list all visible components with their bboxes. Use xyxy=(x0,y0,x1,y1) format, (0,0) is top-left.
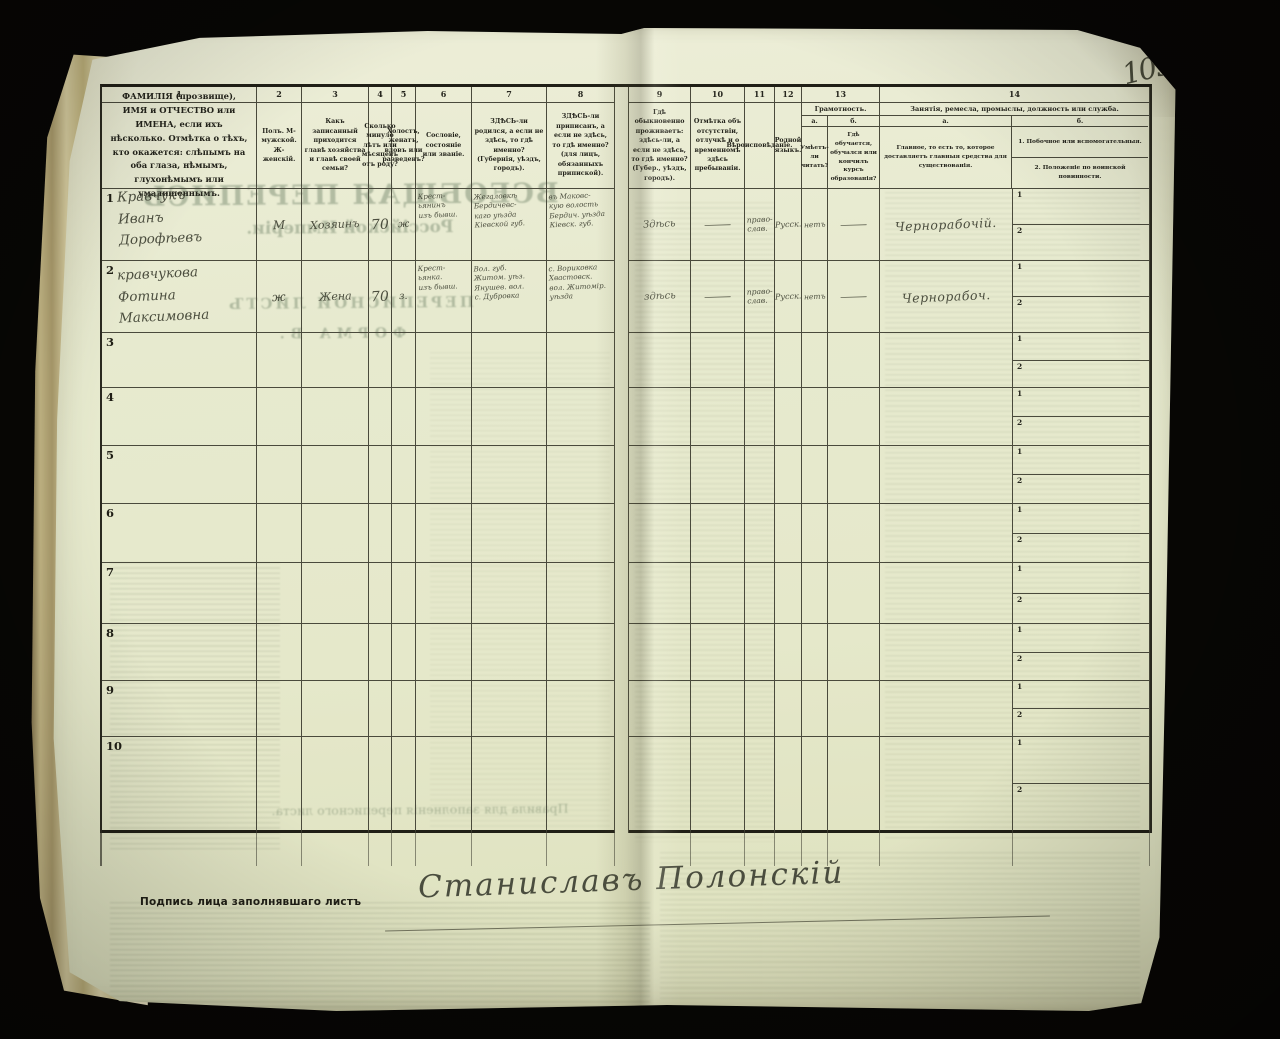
column-number: 6 xyxy=(416,87,472,103)
handwritten-entry: ж xyxy=(272,289,286,304)
empty-cell xyxy=(691,737,745,833)
handwritten-dash: — xyxy=(838,290,869,304)
name-cell: 10 xyxy=(102,737,257,833)
sub-row-label: 1 xyxy=(1017,190,1022,199)
empty-cell xyxy=(828,681,880,737)
relation-cell: Хозяинъ xyxy=(302,189,369,261)
marital-cell: з. xyxy=(392,261,416,333)
language-cell: Русск. xyxy=(775,189,802,261)
sub-row-label: 1 xyxy=(1017,505,1022,514)
occupation-a-label: а. xyxy=(880,116,1011,127)
empty-cell xyxy=(257,563,302,624)
occupation-side-cell: 12 xyxy=(1013,388,1150,446)
empty-cell xyxy=(392,681,416,737)
sub-row-label: 2 xyxy=(1017,362,1022,371)
empty-cell xyxy=(369,681,392,737)
empty-cell xyxy=(802,333,828,388)
sub-row-label: 2 xyxy=(1017,418,1022,427)
handwritten-entry: право- слав. xyxy=(746,287,773,306)
name-cell: 7 xyxy=(102,563,257,624)
column-number: 4 xyxy=(369,87,392,103)
literacy-title: Грамотность. xyxy=(802,103,879,116)
handwritten-name: Кравчукъ Иванъ Дорофѣевъ xyxy=(101,180,258,253)
line-extension xyxy=(1013,830,1150,866)
column-number: 3 xyxy=(302,87,369,103)
education-cell: — xyxy=(828,261,880,333)
empty-cell xyxy=(691,388,745,446)
occupation-side-cell: 12 xyxy=(1013,681,1150,737)
empty-cell xyxy=(880,737,1013,833)
handwritten-entry: з. xyxy=(399,291,408,302)
empty-cell xyxy=(880,333,1013,388)
empty-cell xyxy=(302,446,369,504)
line-extension xyxy=(416,830,472,866)
absence-cell: — xyxy=(691,261,745,333)
handwritten-entry: Русск. xyxy=(775,291,802,301)
column-number: 5 xyxy=(392,87,416,103)
handwritten-entry: Жегаловкѣ Бердичевс- каго уѣзда Кіевской… xyxy=(471,187,547,230)
sub-row-label: 2 xyxy=(1017,654,1022,663)
empty-cell xyxy=(828,446,880,504)
handwritten-entry: Крест- ьянка. изъ бывш. xyxy=(415,260,471,292)
empty-cell xyxy=(775,504,802,563)
empty-cell xyxy=(369,737,392,833)
sub-row-label: 2 xyxy=(1017,710,1022,719)
empty-cell xyxy=(828,388,880,446)
empty-cell xyxy=(775,563,802,624)
occupation-side-cell: 12 xyxy=(1013,189,1150,261)
empty-cell xyxy=(392,737,416,833)
handwritten-entry: Вол. губ. Житом. уѣз. Янушев. вол. с. Ду… xyxy=(471,259,547,302)
estate-cell: Крест- ьянинъ изъ бывш. xyxy=(416,189,472,261)
religion-cell: право- слав. xyxy=(745,261,775,333)
empty-cell xyxy=(416,446,472,504)
literacy-b-label: б. xyxy=(828,116,879,127)
header-literacy-group: Грамотность. а. Умѣетъ-ли читать? б. Гдѣ… xyxy=(802,103,880,189)
handwritten-dash: — xyxy=(702,290,733,304)
handwritten-entry: 70 xyxy=(371,216,390,233)
header-birthplace: ЗДѢСЬ-ли родился, а если не здѣсь, то гд… xyxy=(472,103,547,189)
empty-cell xyxy=(828,504,880,563)
marital-cell: ж xyxy=(392,189,416,261)
empty-cell xyxy=(416,624,472,681)
empty-cell xyxy=(302,504,369,563)
line-extension xyxy=(102,830,257,866)
handwritten-entry: Хозяинъ xyxy=(310,217,360,232)
empty-cell xyxy=(257,624,302,681)
sub-row-label: 1 xyxy=(1017,682,1022,691)
empty-cell xyxy=(302,624,369,681)
empty-cell xyxy=(472,333,547,388)
photo-background: ВСЕОБЩАЯ ПЕРЕПИСЬ Россійской Имперіи. ПЕ… xyxy=(0,0,1280,1039)
empty-cell xyxy=(369,563,392,624)
empty-cell xyxy=(416,563,472,624)
handwritten-entry: нетъ xyxy=(804,220,826,230)
column-number: 2 xyxy=(257,87,302,103)
empty-cell xyxy=(416,504,472,563)
empty-cell xyxy=(302,388,369,446)
language-cell: Русск. xyxy=(775,261,802,333)
empty-cell xyxy=(416,333,472,388)
handwritten-entry: ж xyxy=(398,219,410,230)
row-number: 9 xyxy=(106,683,114,697)
empty-cell xyxy=(257,737,302,833)
column-number: 13 xyxy=(802,87,880,103)
name-cell: 3 xyxy=(102,333,257,388)
empty-cell xyxy=(302,333,369,388)
empty-cell xyxy=(392,446,416,504)
empty-cell xyxy=(369,624,392,681)
occupation-side-cell: 12 xyxy=(1013,563,1150,624)
handwritten-entry: Русск. xyxy=(775,219,802,229)
occupation-side-cell: 12 xyxy=(1013,446,1150,504)
empty-cell xyxy=(745,737,775,833)
empty-cell xyxy=(745,388,775,446)
empty-cell xyxy=(472,388,547,446)
occupation-side-cell: 12 xyxy=(1013,624,1150,681)
empty-cell xyxy=(880,563,1013,624)
empty-cell xyxy=(828,563,880,624)
sub-row-label: 2 xyxy=(1017,298,1022,307)
empty-cell xyxy=(416,681,472,737)
sub-row-label: 2 xyxy=(1017,785,1022,794)
empty-cell xyxy=(472,737,547,833)
showthrough-text-texture xyxy=(110,902,650,1012)
handwritten-dash: — xyxy=(838,218,869,232)
handwritten-entry: право- слав. xyxy=(746,215,773,234)
name-cell: 1Кравчукъ Иванъ Дорофѣевъ xyxy=(102,189,257,261)
empty-cell xyxy=(802,504,828,563)
empty-cell xyxy=(392,624,416,681)
empty-cell xyxy=(691,504,745,563)
sub-row-label: 2 xyxy=(1017,226,1022,235)
name-cell: 4 xyxy=(102,388,257,446)
handwritten-entry: Крест- ьянинъ изъ бывш. xyxy=(415,188,471,220)
occupation-side-cell: 12 xyxy=(1013,737,1150,833)
age-cell: 70 xyxy=(369,261,392,333)
empty-cell xyxy=(392,504,416,563)
empty-cell xyxy=(802,737,828,833)
sex-cell: ж xyxy=(257,261,302,333)
line-extension xyxy=(472,830,547,866)
line-extension xyxy=(392,830,416,866)
empty-cell xyxy=(416,737,472,833)
row-number: 3 xyxy=(106,335,114,349)
line-extension xyxy=(257,830,302,866)
reads-cell: нетъ xyxy=(802,189,828,261)
row-number: 10 xyxy=(106,739,122,753)
empty-cell xyxy=(691,624,745,681)
row-number: 6 xyxy=(106,506,114,520)
empty-cell xyxy=(828,737,880,833)
literacy-a-label: а. xyxy=(802,116,827,127)
sub-row-label: 2 xyxy=(1017,476,1022,485)
handwritten-dash: — xyxy=(702,218,733,232)
empty-cell xyxy=(880,446,1013,504)
religion-cell: право- слав. xyxy=(745,189,775,261)
empty-cell xyxy=(775,624,802,681)
empty-cell xyxy=(257,504,302,563)
empty-cell xyxy=(257,333,302,388)
birthplace-cell: Вол. губ. Житом. уѣз. Янушев. вол. с. Ду… xyxy=(472,261,547,333)
occupation-main-cell: Чернорабочій. xyxy=(880,189,1013,261)
empty-cell xyxy=(880,504,1013,563)
empty-cell xyxy=(802,446,828,504)
binding-crease xyxy=(596,22,682,1017)
empty-cell xyxy=(392,333,416,388)
empty-cell xyxy=(802,563,828,624)
folded-corner-shadow xyxy=(1040,22,1180,117)
sub-row-label: 1 xyxy=(1017,564,1022,573)
header-sex: Полъ. М-мужской. Ж-женскій. xyxy=(257,103,302,189)
empty-cell xyxy=(775,333,802,388)
empty-cell xyxy=(392,388,416,446)
handwritten-name: кравчукова Фотина Максимовна xyxy=(101,258,258,331)
handwritten-entry: нетъ xyxy=(804,292,826,302)
empty-cell xyxy=(802,388,828,446)
occupation-main-cell: Чернорабоч. xyxy=(880,261,1013,333)
empty-cell xyxy=(802,681,828,737)
header-literacy-reads: Умѣетъ-ли читать? xyxy=(802,127,827,188)
name-cell: 9 xyxy=(102,681,257,737)
sex-cell: М xyxy=(257,189,302,261)
name-cell: 5 xyxy=(102,446,257,504)
empty-cell xyxy=(691,333,745,388)
estate-cell: Крест- ьянка. изъ бывш. xyxy=(416,261,472,333)
empty-cell xyxy=(472,446,547,504)
name-cell: 6 xyxy=(102,504,257,563)
line-extension xyxy=(369,830,392,866)
empty-cell xyxy=(691,563,745,624)
empty-cell xyxy=(257,388,302,446)
row-number: 5 xyxy=(106,448,114,462)
empty-cell xyxy=(775,446,802,504)
absence-cell: — xyxy=(691,189,745,261)
empty-cell xyxy=(392,563,416,624)
signature-label: Подпись лица заполнявшаго листъ xyxy=(140,896,361,908)
occupation-side-cell: 12 xyxy=(1013,333,1150,388)
name-cell: 2кравчукова Фотина Максимовна xyxy=(102,261,257,333)
sub-row-label: 1 xyxy=(1017,447,1022,456)
sub-row-label: 1 xyxy=(1017,334,1022,343)
sub-row-label: 2 xyxy=(1017,535,1022,544)
handwritten-entry: М xyxy=(273,217,286,232)
empty-cell xyxy=(745,624,775,681)
header-estate: Сословіе, состояніе или званіе. xyxy=(416,103,472,189)
header-religion: Вѣроисповѣданіе. xyxy=(745,103,775,189)
empty-cell xyxy=(828,624,880,681)
header-occupation-main: Главное, то есть то, которое доставляетъ… xyxy=(880,127,1011,188)
header-surname: ФАМИЛІЯ (прозвище), ИМЯ и ОТЧЕСТВО или И… xyxy=(102,103,257,189)
empty-cell xyxy=(691,681,745,737)
column-number: 12 xyxy=(775,87,802,103)
empty-cell xyxy=(257,446,302,504)
empty-cell xyxy=(257,681,302,737)
empty-cell xyxy=(369,333,392,388)
empty-cell xyxy=(745,563,775,624)
row-number: 4 xyxy=(106,390,114,404)
empty-cell xyxy=(302,681,369,737)
empty-cell xyxy=(880,681,1013,737)
sub-row-label: 2 xyxy=(1017,595,1022,604)
sub-row-label: 1 xyxy=(1017,625,1022,634)
empty-cell xyxy=(369,446,392,504)
occupation-side-cell: 12 xyxy=(1013,504,1150,563)
header-military-duty: 2. Положеніе по воинской повинности. xyxy=(1012,158,1148,188)
empty-cell xyxy=(691,446,745,504)
line-extension xyxy=(302,830,369,866)
empty-cell xyxy=(369,388,392,446)
empty-cell xyxy=(880,388,1013,446)
empty-cell xyxy=(416,388,472,446)
handwritten-entry: Жена xyxy=(318,289,351,303)
handwritten-entry: Чернорабочій. xyxy=(895,215,997,234)
birthplace-cell: Жегаловкѣ Бердичевс- каго уѣзда Кіевской… xyxy=(472,189,547,261)
education-cell: — xyxy=(828,189,880,261)
empty-cell xyxy=(745,504,775,563)
empty-cell xyxy=(472,563,547,624)
age-cell: 70 xyxy=(369,189,392,261)
empty-cell xyxy=(472,624,547,681)
empty-cell xyxy=(775,681,802,737)
column-number: 7 xyxy=(472,87,547,103)
empty-cell xyxy=(369,504,392,563)
row-number: 7 xyxy=(106,565,114,579)
empty-cell xyxy=(472,681,547,737)
row-number: 8 xyxy=(106,626,114,640)
empty-cell xyxy=(775,737,802,833)
empty-cell xyxy=(775,388,802,446)
census-sheet: ВСЕОБЩАЯ ПЕРЕПИСЬ Россійской Имперіи. ПЕ… xyxy=(40,22,1180,1017)
reads-cell: нетъ xyxy=(802,261,828,333)
header-literacy-education: Гдѣ обучается, обучался или кончилъ курс… xyxy=(828,127,879,188)
empty-cell xyxy=(745,333,775,388)
occupation-b-label: б. xyxy=(1012,116,1148,127)
handwritten-entry: 70 xyxy=(371,288,390,305)
occupation-side-cell: 12 xyxy=(1013,261,1150,333)
relation-cell: Жена xyxy=(302,261,369,333)
header-language: Родной языкъ. xyxy=(775,103,802,189)
line-extension xyxy=(880,830,1013,866)
header-occupation-side: 1. Побочное или вспомогательныя. xyxy=(1012,127,1148,158)
sub-row-label: 1 xyxy=(1017,262,1022,271)
header-relation: Какъ записанный приходится главѣ хозяйст… xyxy=(302,103,369,189)
empty-cell xyxy=(302,737,369,833)
column-number: 10 xyxy=(691,87,745,103)
sub-row-label: 1 xyxy=(1017,738,1022,747)
empty-cell xyxy=(802,624,828,681)
sub-row-label: 1 xyxy=(1017,389,1022,398)
empty-cell xyxy=(472,504,547,563)
empty-cell xyxy=(302,563,369,624)
empty-cell xyxy=(828,333,880,388)
empty-cell xyxy=(745,446,775,504)
handwritten-entry: Чернорабоч. xyxy=(901,287,990,306)
empty-cell xyxy=(745,681,775,737)
header-marital: Холостъ, женатъ, вдовъ или разведенъ? xyxy=(392,103,416,189)
column-number: 11 xyxy=(745,87,775,103)
empty-cell xyxy=(880,624,1013,681)
name-cell: 8 xyxy=(102,624,257,681)
